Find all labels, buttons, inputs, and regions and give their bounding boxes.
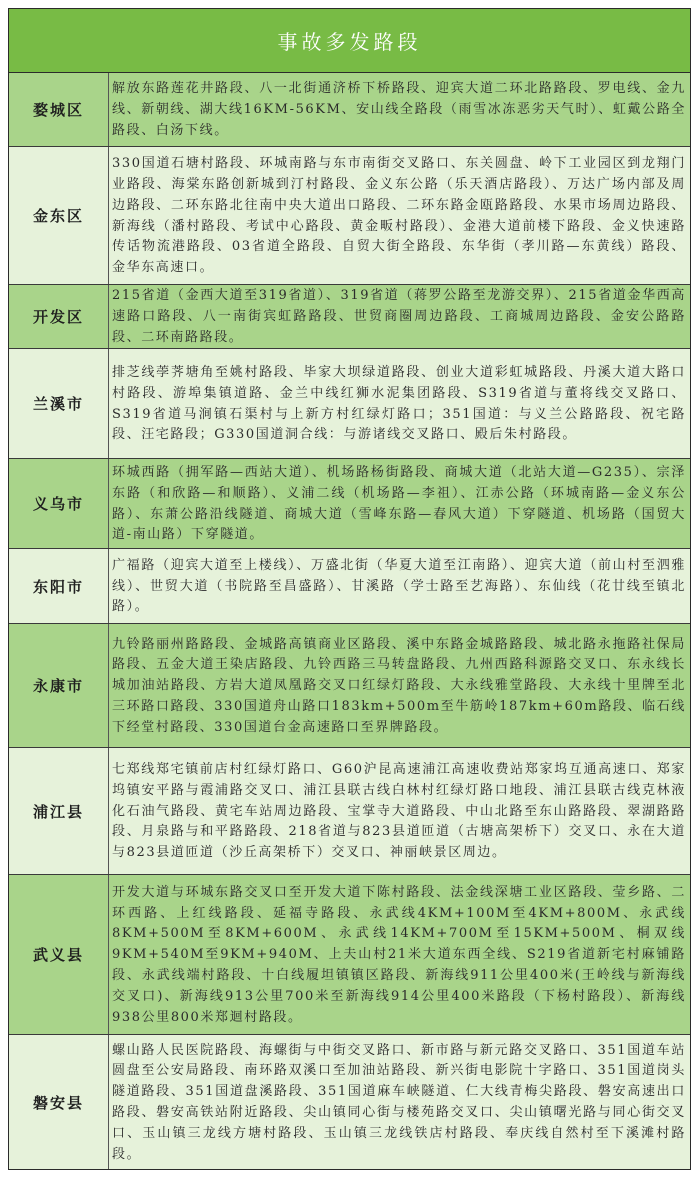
road-list: 螺山路人民医院路段、海螺街与中街交叉路口、新市路与新元路交叉路口、351国道车站… (109, 1035, 690, 1169)
road-list: 环城西路（拥军路—西站大道）、机场路杨街路段、商城大道（北站大道—G235）、宗… (109, 459, 690, 548)
table-row-jindong: 金东区 330国道石塘村路段、环城南路与东市南街交叉路口、东关圆盘、岭下工业园区… (9, 147, 690, 285)
table-row-yongkang: 永康市 九铃路丽州路路段、金城路高镇商业区路段、溪中东路金城路路段、城北路永拖路… (9, 624, 690, 748)
road-list: 七郑线郑宅镇前店村红绿灯路口、G60沪昆高速浦江高速收费站郑家坞互通高速口、郑家… (109, 748, 690, 874)
table-row-wucheng: 婺城区 解放东路莲花井路段、八一北街通济桥下桥路段、迎宾大道二环北路路段、罗电线… (9, 73, 690, 147)
road-list: 330国道石塘村路段、环城南路与东市南街交叉路口、东关圆盘、岭下工业园区到龙翔门… (109, 147, 690, 284)
table-header: 事故多发路段 (9, 9, 690, 73)
table-row-panan: 磐安县 螺山路人民医院路段、海螺街与中街交叉路口、新市路与新元路交叉路口、351… (9, 1035, 690, 1169)
accident-road-table: 事故多发路段 婺城区 解放东路莲花井路段、八一北街通济桥下桥路段、迎宾大道二环北… (8, 8, 691, 1170)
table-row-kaifa: 开发区 215省道（金西大道至319省道）、319省道（蒋罗公路至龙游交界）、2… (9, 285, 690, 349)
road-list: 广福路（迎宾大道至上楼线）、万盛北街（华夏大道至江南路）、迎宾大道（前山村至泗雅… (109, 549, 690, 623)
road-list: 九铃路丽州路路段、金城路高镇商业区路段、溪中东路金城路路段、城北路永拖路社保局路… (109, 624, 690, 747)
table-row-yiwu: 义乌市 环城西路（拥军路—西站大道）、机场路杨街路段、商城大道（北站大道—G23… (9, 459, 690, 549)
district-name: 开发区 (9, 285, 109, 348)
district-name: 金东区 (9, 147, 109, 284)
district-name: 磐安县 (9, 1035, 109, 1169)
district-name: 武义县 (9, 875, 109, 1034)
table-row-dongyang: 东阳市 广福路（迎宾大道至上楼线）、万盛北街（华夏大道至江南路）、迎宾大道（前山… (9, 549, 690, 624)
district-name: 东阳市 (9, 549, 109, 623)
table-row-lanxi: 兰溪市 排芝线荸荠塘角至姚村路段、毕家大坝绿道路段、创业大道彩虹城路段、丹溪大道… (9, 349, 690, 459)
district-name: 婺城区 (9, 73, 109, 146)
district-name: 浦江县 (9, 748, 109, 874)
road-list: 215省道（金西大道至319省道）、319省道（蒋罗公路至龙游交界）、215省道… (109, 285, 690, 348)
road-list: 排芝线荸荠塘角至姚村路段、毕家大坝绿道路段、创业大道彩虹城路段、丹溪大道大路口村… (109, 349, 690, 458)
district-name: 永康市 (9, 624, 109, 747)
district-name: 义乌市 (9, 459, 109, 548)
table-title: 事故多发路段 (278, 26, 422, 55)
road-list: 开发大道与环城东路交叉口至开发大道下陈村路段、法金线深塘工业区路段、莹乡路、二环… (109, 875, 690, 1034)
table-row-wuyi: 武义县 开发大道与环城东路交叉口至开发大道下陈村路段、法金线深塘工业区路段、莹乡… (9, 875, 690, 1035)
road-list: 解放东路莲花井路段、八一北街通济桥下桥路段、迎宾大道二环北路路段、罗电线、金九线… (109, 73, 690, 146)
district-name: 兰溪市 (9, 349, 109, 458)
table-row-pujiang: 浦江县 七郑线郑宅镇前店村红绿灯路口、G60沪昆高速浦江高速收费站郑家坞互通高速… (9, 748, 690, 875)
